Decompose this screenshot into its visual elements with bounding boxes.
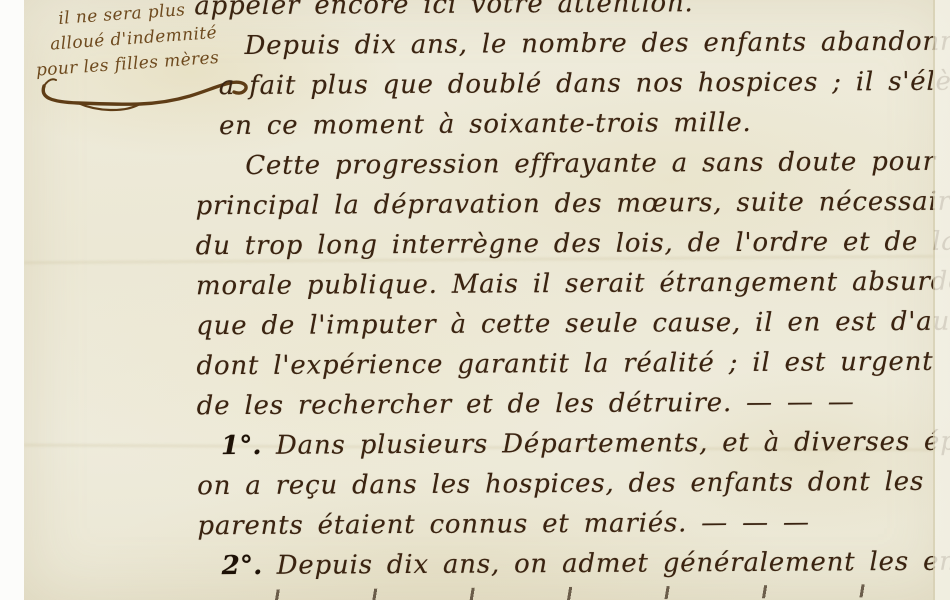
manuscript-line-text: Cette progression effrayante a sans dout… [245, 146, 950, 181]
manuscript-text: appeler encore ici votre attention.Depui… [194, 0, 948, 586]
manuscript-line: dont l'expérience garantit la réalité ; … [196, 342, 946, 387]
manuscript-line: a fait plus que doublé dans nos hospices… [195, 62, 945, 107]
manuscript-line: de les rechercher et de les détruire. — … [197, 382, 947, 427]
manuscript-line: 1°. Dans plusieurs Départements, et à di… [197, 422, 947, 467]
line-number-marker: 1°. [221, 431, 276, 461]
manuscript-line-text: Depuis dix ans, on admet généralement le… [277, 546, 950, 581]
manuscript-line: parents étaient connus et mariés. — — — [197, 502, 947, 547]
manuscript-line-text: en ce moment à soixante-trois mille. [219, 108, 752, 141]
manuscript-line: en ce moment à soixante-trois mille. [195, 102, 945, 147]
page-right-edge [933, 0, 950, 600]
manuscript-line-text: a fait plus que doublé dans nos hospices… [219, 66, 950, 101]
manuscript-line: Depuis dix ans, le nombre des enfants ab… [194, 22, 944, 67]
manuscript-line: 2°. Depuis dix ans, on admet généralemen… [198, 542, 948, 587]
manuscript-line: que de l'imputer à cette seule cause, il… [196, 302, 946, 347]
paper: il ne sera plusalloué d'indemnitépour le… [24, 0, 950, 600]
manuscript-line-text: appeler encore ici votre attention. [194, 0, 693, 21]
cutoff-line-strokes [224, 584, 910, 600]
manuscript-line: principal la dépravation des mœurs, suit… [195, 182, 945, 227]
manuscript-line: du trop long interrègne des lois, de l'o… [196, 222, 946, 267]
manuscript-line-text: Dans plusieurs Départements, et à divers… [276, 426, 950, 461]
manuscript-line-text: que de l'imputer à cette seule cause, il… [196, 306, 950, 341]
manuscript-line-text: on a reçu dans les hospices, des enfants… [197, 467, 924, 501]
manuscript-line-text: morale publique. Mais il serait étrangem… [196, 267, 950, 302]
manuscript-line: morale publique. Mais il serait étrangem… [196, 262, 946, 307]
scanned-manuscript-page: il ne sera plusalloué d'indemnitépour le… [0, 0, 950, 600]
manuscript-line-text: parents étaient connus et mariés. — — — [197, 508, 809, 542]
manuscript-line-text: de les rechercher et de les détruire. — … [197, 387, 855, 421]
line-number-marker: 2°. [222, 551, 277, 581]
manuscript-line-text: principal la dépravation des mœurs, suit… [195, 186, 950, 221]
manuscript-line-text: dont l'expérience garantit la réalité ; … [196, 347, 933, 382]
manuscript-line: on a reçu dans les hospices, des enfants… [197, 462, 947, 507]
manuscript-line-text: du trop long interrègne des lois, de l'o… [196, 227, 950, 262]
manuscript-line-text: Depuis dix ans, le nombre des enfants ab… [244, 26, 950, 61]
manuscript-line: Cette progression effrayante a sans dout… [195, 142, 945, 187]
scanner-edge-strip [0, 0, 24, 600]
